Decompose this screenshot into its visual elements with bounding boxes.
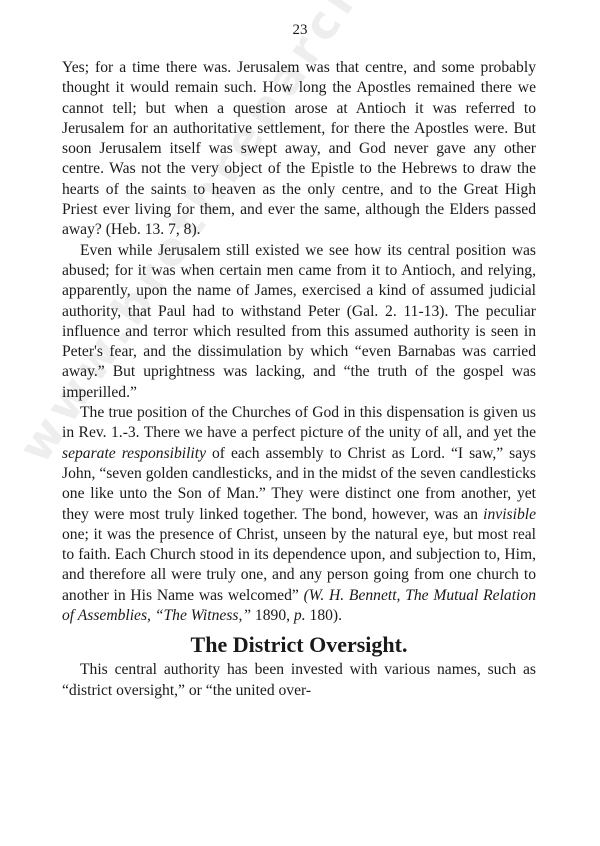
paragraph-text: The true position of the Churches of God… bbox=[62, 404, 536, 441]
page-body: Yes; for a time there was. Jerusalem was… bbox=[62, 58, 536, 701]
paragraph-2: Even while Jerusalem still existed we se… bbox=[62, 241, 536, 403]
emphasis-separate-responsibility: separate responsibility bbox=[62, 445, 206, 462]
paragraph-3: The true position of the Churches of God… bbox=[62, 403, 536, 626]
paragraph-text: This central authority has been invested… bbox=[62, 661, 536, 698]
paragraph-1: Yes; for a time there was. Jerusalem was… bbox=[62, 58, 536, 241]
page-number: 23 bbox=[0, 22, 600, 39]
section-heading: The District Oversight. bbox=[62, 632, 536, 658]
citation-page-abbrev: p. bbox=[294, 607, 306, 624]
citation-year: 1890, bbox=[251, 607, 294, 624]
paragraph-text: Even while Jerusalem still existed we se… bbox=[62, 242, 536, 401]
citation-page: 180). bbox=[306, 607, 342, 624]
paragraph-4: This central authority has been invested… bbox=[62, 660, 536, 701]
emphasis-invisible: invisible bbox=[483, 506, 536, 523]
paragraph-text: Yes; for a time there was. Jerusalem was… bbox=[62, 59, 536, 238]
